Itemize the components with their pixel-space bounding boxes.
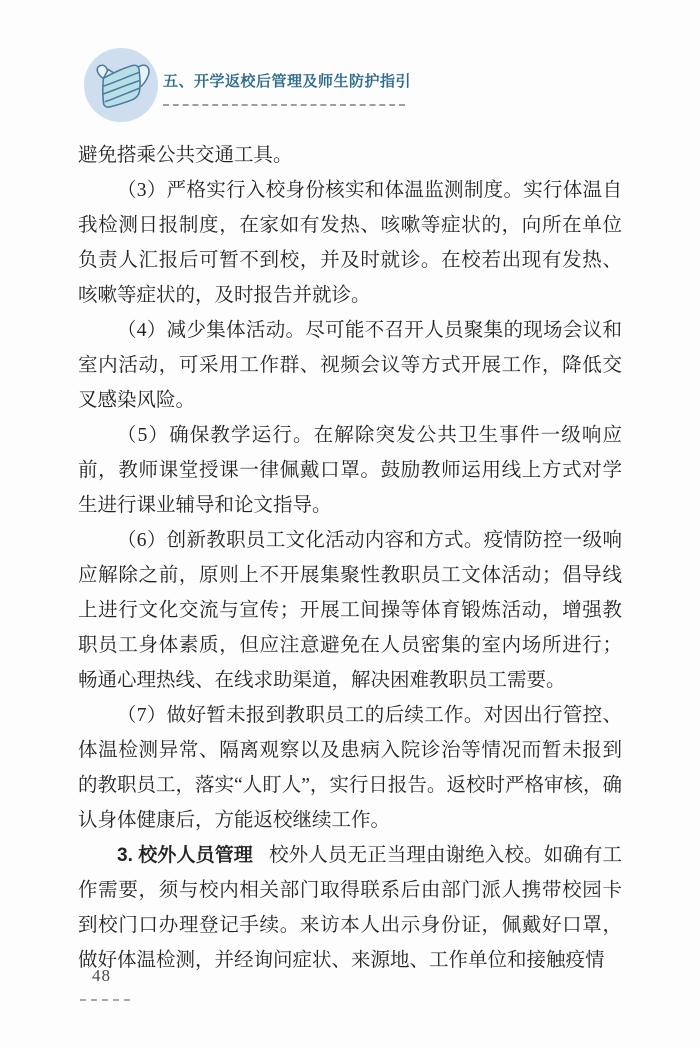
body-paragraph: （4）减少集体活动。尽可能不召开人员聚集的现场会议和室内活动，可采用工作群、视频… — [78, 313, 622, 418]
document-page: 五、开学返校后管理及师生防护指引 避免搭乘公共交通工具。 （3）严格实行入校身份… — [0, 0, 700, 1048]
page-number: 48 — [92, 966, 111, 986]
body-paragraph: （7）做好暂未报到教职员工的后续工作。对因出行管控、体温检测异常、隔离观察以及患… — [78, 698, 622, 838]
title-dashed-underline — [163, 104, 405, 106]
section-title: 五、开学返校后管理及师生防护指引 — [163, 70, 411, 91]
body-paragraph: （5）确保教学运行。在解除突发公共卫生事件一级响应前，教师课堂授课一律佩戴口罩。… — [78, 418, 622, 523]
body-paragraph: 避免搭乘公共交通工具。 — [78, 138, 622, 173]
footer-dashed-mark — [80, 999, 130, 1001]
body-paragraph: （3）严格实行入校身份核实和体温监测制度。实行体温自我检测日报制度，在家如有发热… — [78, 173, 622, 313]
body-paragraph-section3: 3. 校外人员管理校外人员无正当理由谢绝入校。如确有工作需要，须与校内相关部门取… — [78, 838, 622, 978]
page-body: 避免搭乘公共交通工具。 （3）严格实行入校身份核实和体温监测制度。实行体温自我检… — [78, 138, 622, 978]
face-mask-icon — [82, 46, 160, 124]
section3-heading: 3. 校外人员管理 — [117, 845, 253, 866]
body-paragraph: （6）创新教职员工文化活动内容和方式。疫情防控一级响应解除之前，原则上不开展集聚… — [78, 523, 622, 698]
